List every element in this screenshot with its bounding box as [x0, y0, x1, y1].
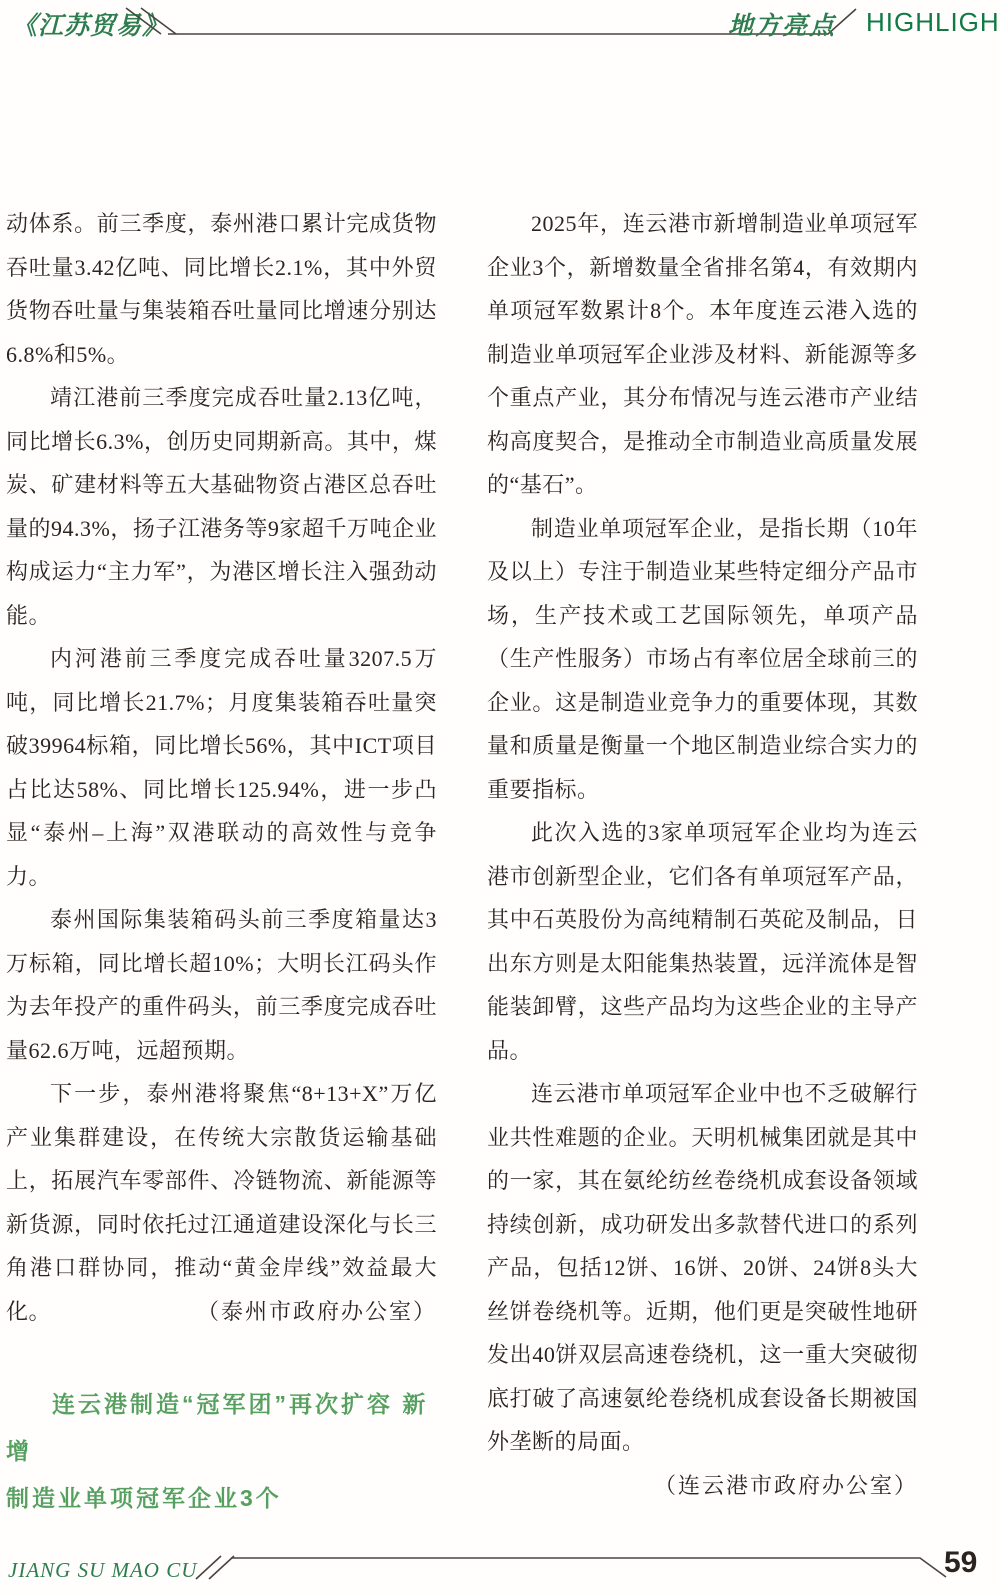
page-body: 动体系。前三季度，泰州港口累计完成货物吞吐量3.42亿吨、同比增长2.1%，其中… — [6, 202, 918, 1522]
article-title-line2: 制造业单项冠军企业3个 — [6, 1485, 282, 1511]
paragraph-text: 下一步，泰州港将聚焦“8+13+X”万亿产业集群建设，在传统大宗散货运输基础上，… — [6, 1081, 437, 1324]
article-title: 连云港制造“冠军团”再次扩容 新增 制造业单项冠军企业3个 — [6, 1381, 437, 1522]
header-rule-line — [0, 0, 1000, 48]
paragraph: 此次入选的3家单项冠军企业均为连云港市创新型企业，它们各有单项冠军产品，其中石英… — [487, 811, 918, 1072]
paragraph: 内河港前三季度完成吞吐量3207.5万吨，同比增长21.7%；月度集装箱吞吐量突… — [6, 637, 437, 898]
source-attribution: （泰州市政府办公室） — [153, 1290, 437, 1334]
section-title-english: HIGHLIGHT — [866, 7, 1000, 38]
right-column: 2025年，连云港市新增制造业单项冠军企业3个，新增数量全省排名第4，有效期内单… — [487, 202, 918, 1522]
article-title-line1: 连云港制造“冠军团”再次扩容 新增 — [6, 1391, 428, 1464]
journal-name-pinyin: JIANG SU MAO CU — [8, 1558, 197, 1583]
page-number: 59 — [944, 1546, 977, 1580]
paragraph: 泰州国际集装箱码头前三季度箱量达3万标箱，同比增长超10%；大明长江码头作为去年… — [6, 898, 437, 1072]
left-column: 动体系。前三季度，泰州港口累计完成货物吞吐量3.42亿吨、同比增长2.1%，其中… — [6, 202, 437, 1522]
paragraph: 连云港市单项冠军企业中也不乏破解行业共性难题的企业。天明机械集团就是其中的一家，… — [487, 1072, 918, 1464]
paragraph: 下一步，泰州港将聚焦“8+13+X”万亿产业集群建设，在传统大宗散货运输基础上，… — [6, 1072, 437, 1333]
paragraph: 靖江港前三季度完成吞吐量2.13亿吨，同比增长6.3%，创历史同期新高。其中，煤… — [6, 376, 437, 637]
paragraph: 制造业单项冠军企业，是指长期（10年及以上）专注于制造业某些特定细分产品市场，生… — [487, 507, 918, 812]
paragraph: 2025年，连云港市新增制造业单项冠军企业3个，新增数量全省排名第4，有效期内单… — [487, 202, 918, 507]
paragraph: 动体系。前三季度，泰州港口累计完成货物吞吐量3.42亿吨、同比增长2.1%，其中… — [6, 202, 437, 376]
paragraph-text: 连云港市单项冠军企业中也不乏破解行业共性难题的企业。天明机械集团就是其中的一家，… — [487, 1081, 918, 1454]
section-title-chinese: 地方亮点 — [728, 6, 836, 42]
source-attribution: （连云港市政府办公室） — [610, 1464, 918, 1508]
